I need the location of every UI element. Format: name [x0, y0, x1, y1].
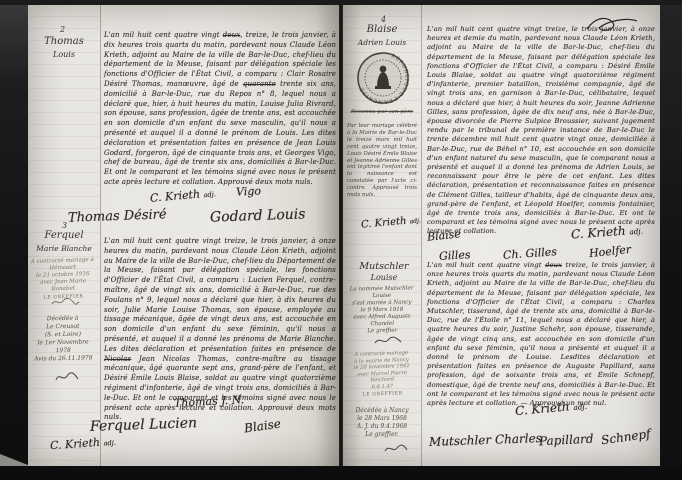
officiant-signature: C. Krieth adj.	[150, 186, 217, 205]
margin-given-name: Louise	[349, 273, 419, 282]
left-page: 2 Thomas Louis L'an mil huit cent quatre…	[28, 5, 340, 466]
struck-margin-note: Reconnu par son père	[345, 109, 419, 116]
clerk-signature-flourish-icon	[383, 443, 409, 454]
witness-signature-hoelfer: Hoelfer	[588, 243, 631, 260]
acte-number: 4	[381, 15, 386, 24]
acte-number: 3	[62, 221, 67, 230]
clerk-signature-flourish-icon	[373, 335, 403, 346]
declarant-signature-mutschler: Mutschler Charles	[429, 431, 542, 449]
margin-surname: Thomas	[32, 36, 96, 47]
scan-edge-right	[660, 0, 682, 480]
acte-body-thomas: L'an mil huit cent quatre vingt deux, tr…	[104, 31, 336, 188]
margin-surname: Blaise	[349, 24, 415, 35]
marriage-stamp-1916: A contracté mariage à Hérissart le 21 oc…	[29, 257, 96, 302]
declarant-signature-thomas: Thomas Désiré	[68, 207, 167, 225]
clerk-signature-flourish-icon	[50, 297, 80, 307]
marriage-note-1942: A contracté mariage à la mairie de Nancy…	[344, 350, 420, 400]
republique-francaise-seal-icon: RÉPUBLIQUE FRANÇAISE	[356, 51, 410, 105]
witness-signature-vigo: Vigo	[236, 184, 262, 198]
right-page: 4 Blaise Adrien Louis RÉPUBLIQUE FRANÇAI…	[343, 5, 660, 466]
witness-signature-godard: Godard Louis	[210, 206, 306, 225]
witness-signature-schnepf: Schnepf	[600, 427, 651, 448]
register-scan: 2 Thomas Louis L'an mil huit cent quatre…	[0, 0, 682, 480]
acte-body-mutschler: L'an mil huit cent quatre vingt deux tre…	[427, 261, 655, 408]
death-note-1978: Décédée à Le Creusot (S. et Loire) le 1e…	[30, 314, 97, 363]
death-note-1968: Décédée à Nancy le 28 Mars 1968 A. J. du…	[345, 407, 419, 439]
margin-surname: Ferquel	[32, 230, 96, 241]
declarant-signature-ferquel: Ferquel Lucien	[90, 415, 198, 435]
witness-signature-gilles2: Ch. Gilles	[503, 245, 558, 262]
margin-given-name: Louis	[32, 50, 96, 59]
margin-surname: Mutschler	[349, 261, 419, 272]
scan-edge-bottom	[0, 466, 682, 480]
scan-edge-left	[0, 0, 28, 480]
left-margin-rule	[100, 5, 101, 466]
legitimation-note: Par leur mariage célébré à la Mairie de …	[347, 123, 417, 199]
clerk-signature-flourish-icon	[54, 371, 80, 383]
acte-body-blaise: L'an mil huit cent quatre vingt treize, …	[427, 25, 655, 237]
margin-given-name: Adrien Louis	[349, 38, 415, 47]
right-margin-rule	[421, 5, 422, 466]
witness-signature-papillard: Papillard	[539, 432, 594, 449]
declarant-signature-blaise: Blaise	[426, 227, 461, 243]
margin-given-name: Marie Blanche	[30, 244, 98, 253]
acte-number: 2	[60, 25, 65, 34]
marriage-note-1918: La nommée Mutschler Louise s'est mariée …	[345, 285, 420, 335]
